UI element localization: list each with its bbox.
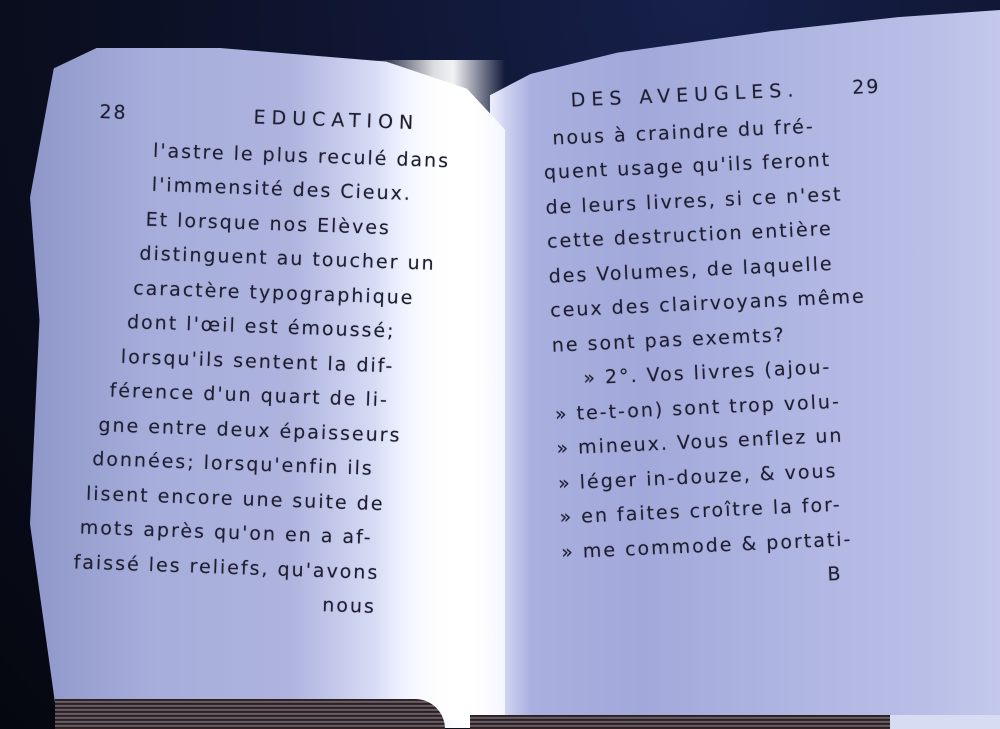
right-page-edge-light <box>890 715 1000 729</box>
left-page-edges <box>55 699 445 729</box>
left-page-text: 28 EDUCATION l'astre le plus reculé dans… <box>82 95 480 627</box>
page-number: 29 <box>851 70 881 106</box>
running-head: EDUCATION <box>253 100 420 140</box>
right-page-text: DES AVEUGLES. 29 nous à craindre du fré-… <box>540 70 903 604</box>
page-number: 28 <box>99 95 128 130</box>
right-page-edges <box>470 715 890 729</box>
